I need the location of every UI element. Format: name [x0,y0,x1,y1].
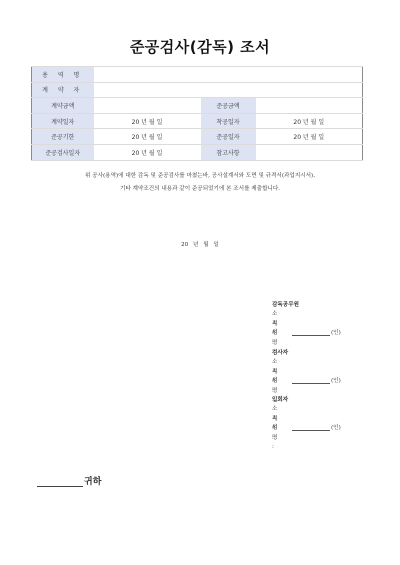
label-service-name: 용 역 명 [32,67,94,83]
table-row-dates-1: 계약일자 20 년 월 일 착공일자 20 년 월 일 [32,113,363,129]
seal-mark: (인) [331,329,341,339]
value-remarks[interactable] [256,144,363,160]
value-contract-amount[interactable] [94,98,201,114]
signature-heading: 감독공무원 [272,300,341,308]
statement-line-1: 위 공사(용역)에 대한 감독 및 준공검사를 마쳤는바, 공사설계서와 도면 … [0,170,400,183]
label-contractor: 계 약 자 [32,82,94,98]
affiliation-label: 소 속 : [272,310,290,320]
name-label: 성 명 : [272,424,290,434]
label-start-date: 착공일자 [201,113,256,129]
table-row-amount: 계약금액 준공금액 [32,98,363,114]
table-row-service-name: 용 역 명 [32,67,363,83]
signature-block-supervisor: 감독공무원 소 속 : 직 위 : 성 명 :(인) [272,300,341,339]
value-inspection-date[interactable]: 20 년 월 일 [94,144,201,160]
signature-heading: 검사자 [272,348,341,356]
statement-text: 위 공사(용역)에 대한 감독 및 준공검사를 마쳤는바, 공사설계서와 도면 … [0,170,400,195]
position-label: 직 위 : [272,368,290,378]
addressee-blank-line[interactable] [37,478,83,487]
position-label: 직 위 : [272,320,290,330]
affiliation-label: 소 속 : [272,358,290,368]
label-contract-amount: 계약금액 [32,98,94,114]
label-completion-deadline: 준공기한 [32,129,94,145]
seal-mark: (인) [331,377,341,387]
contract-info-table: 용 역 명 계 약 자 계약금액 준공금액 계약일자 20 년 월 일 착공일자… [31,66,363,161]
signature-heading: 입회자 [272,395,341,403]
seal-mark: (인) [331,424,341,434]
label-inspection-date: 준공검사일자 [32,144,94,160]
affiliation-label: 소 속 : [272,405,290,415]
statement-line-2: 기타 계약조건의 내용과 같이 준공되었기에 본 조서를 제출합니다. [0,183,400,196]
name-signature-line[interactable] [292,424,330,431]
value-start-date[interactable]: 20 년 월 일 [256,113,363,129]
submission-date: 20 년 월 일 [0,240,400,248]
name-signature-line[interactable] [292,377,330,384]
label-contract-date: 계약일자 [32,113,94,129]
document-title: 준공검사(감독) 조서 [0,36,400,57]
label-remarks: 참고사항 [201,144,256,160]
position-label: 직 위 : [272,415,290,425]
value-completion-date[interactable]: 20 년 월 일 [256,129,363,145]
value-completion-amount[interactable] [256,98,363,114]
name-label: 성 명 : [272,329,290,339]
name-label: 성 명 : [272,377,290,387]
value-contractor[interactable] [94,82,363,98]
name-signature-line[interactable] [292,329,330,336]
value-contract-date[interactable]: 20 년 월 일 [94,113,201,129]
label-completion-date: 준공일자 [201,129,256,145]
signature-block-inspector: 검사자 소 속 : 직 위 : 성 명 :(인) [272,348,341,387]
value-service-name[interactable] [94,67,363,83]
label-completion-amount: 준공금액 [201,98,256,114]
value-completion-deadline[interactable]: 20 년 월 일 [94,129,201,145]
signature-block-witness: 입회자 소 속 : 직 위 : 성 명 :(인) [272,395,341,434]
table-row-dates-2: 준공기한 20 년 월 일 준공일자 20 년 월 일 [32,129,363,145]
addressee-suffix: 귀하 [84,474,101,487]
table-row-inspection: 준공검사일자 20 년 월 일 참고사항 [32,144,363,160]
table-row-contractor: 계 약 자 [32,82,363,98]
addressee: 귀하 [37,474,101,487]
